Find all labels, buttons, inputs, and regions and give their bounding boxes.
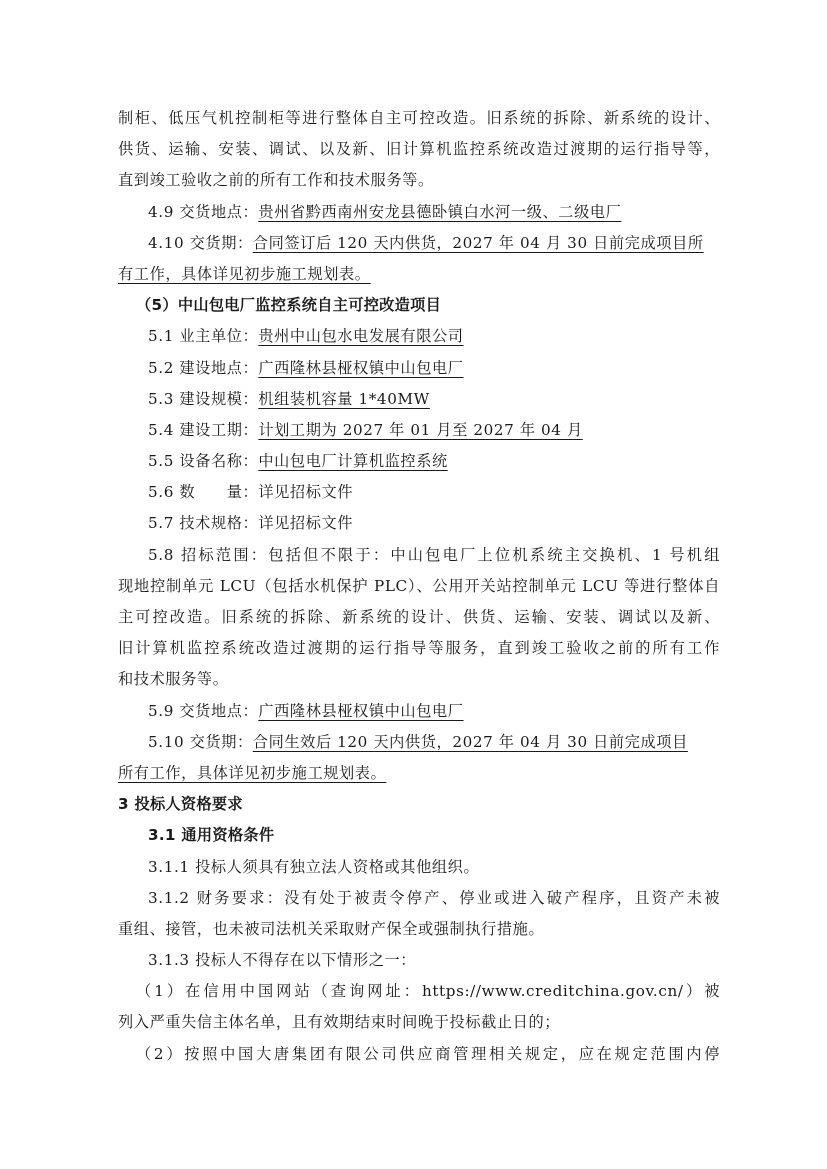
paragraph-line: 主可控改造。旧系统的拆除、新系统的设计、供货、运输、安装、调试以及新、 [118,602,720,633]
clause-5-2: 5.2 建设地点：广西隆林县桠权镇中山包电厂 [118,353,720,384]
clause-value: 计划工期为 2027 年 01 月至 2027 年 04 月 [258,421,582,439]
clause-5-4: 5.4 建设工期：计划工期为 2027 年 01 月至 2027 年 04 月 [118,415,720,446]
document-page: 制柜、低压气机控制柜等进行整体自主可控改造。旧系统的拆除、新系统的设计、 供货、… [118,103,720,1070]
clause-label: 4.9 交货地点： [148,203,258,221]
clause-label: 5.3 建设规模： [148,390,258,408]
clause-5-1: 5.1 业主单位：贵州中山包水电发展有限公司 [118,321,720,352]
clause-label: 5.2 建设地点： [148,359,258,377]
clause-label: 5.7 技术规格： [148,514,258,532]
paragraph-line: 供货、运输、安装、调试、以及新、旧计算机监控系统改造过渡期的运行指导等， [118,134,720,165]
clause-5-8: 5.8 招标范围：包括但不限于：中山包电厂上位机系统主交换机、1 号机组 [118,540,720,571]
paragraph-line: 列入严重失信主体名单，且有效期结束时间晚于投标截止日的； [118,1007,720,1038]
clause-value: 所有工作，具体详见初步施工规划表。 [118,764,386,782]
clause-value: 机组装机容量 1*40MW [258,390,430,408]
clause-label: 5.9 交货地点： [148,702,258,720]
clause-3-1-1: 3.1.1 投标人须具有独立法人资格或其他组织。 [118,852,720,883]
clause-4-10-cont: 有工作，具体详见初步施工规划表。 [118,259,720,290]
paragraph-line: 和技术服务等。 [118,664,720,695]
clause-label: 4.10 交货期： [148,234,253,252]
clause-5-7: 5.7 技术规格：详见招标文件 [118,508,720,539]
section-heading-5: （5）中山包电厂监控系统自主可控改造项目 [118,290,720,321]
list-item-1: （1）在信用中国网站（查询网址：https://www.creditchina.… [118,976,720,1007]
clause-label: 5.1 业主单位： [148,327,258,345]
list-item-2: （2）按照中国大唐集团有限公司供应商管理相关规定，应在规定范围内停 [118,1039,720,1070]
clause-5-10-cont: 所有工作，具体详见初步施工规划表。 [118,758,720,789]
section-heading-3: 3 投标人资格要求 [118,789,720,820]
paragraph-line: 重组、接管，也未被司法机关采取财产保全或强制执行措施。 [118,914,720,945]
clause-3-1-2: 3.1.2 财务要求：没有处于被责令停产、停业或进入破产程序，且资产未被 [118,883,720,914]
clause-value: 中山包电厂计算机监控系统 [258,452,447,470]
clause-5-9: 5.9 交货地点：广西隆林县桠权镇中山包电厂 [118,696,720,727]
paragraph-line: 直到竣工验收之前的所有工作和技术服务等。 [118,165,720,196]
section-heading-3-1: 3.1 通用资格条件 [118,820,720,851]
paragraph-line: 现地控制单元 LCU（包括水机保护 PLC）、公用开关站控制单元 LCU 等进行… [118,571,720,602]
clause-5-10: 5.10 交货期：合同生效后 120 天内供货，2027 年 04 月 30 日… [118,727,720,758]
clause-3-1-3: 3.1.3 投标人不得存在以下情形之一： [118,945,720,976]
clause-value: 贵州省黔西南州安龙县德卧镇白水河一级、二级电厂 [258,203,621,221]
clause-5-5: 5.5 设备名称：中山包电厂计算机监控系统 [118,446,720,477]
clause-value: 详见招标文件 [258,483,353,501]
clause-label: 5.10 交货期： [148,733,253,751]
clause-label: 5.4 建设工期： [148,421,258,439]
paragraph-line: 制柜、低压气机控制柜等进行整体自主可控改造。旧系统的拆除、新系统的设计、 [118,103,720,134]
paragraph-line: 旧计算机监控系统改造过渡期的运行指导等服务，直到竣工验收之前的所有工作 [118,633,720,664]
clause-4-9: 4.9 交货地点：贵州省黔西南州安龙县德卧镇白水河一级、二级电厂 [118,197,720,228]
clause-value: 合同生效后 120 天内供货，2027 年 04 月 30 日前完成项目 [253,733,688,751]
clause-value: 详见招标文件 [258,514,353,532]
clause-5-6: 5.6 数 量：详见招标文件 [118,477,720,508]
clause-value: 贵州中山包水电发展有限公司 [258,327,463,345]
clause-label: 5.5 设备名称： [148,452,258,470]
clause-4-10: 4.10 交货期：合同签订后 120 天内供货，2027 年 04 月 30 日… [118,228,720,259]
clause-value: 有工作，具体详见初步施工规划表。 [118,265,371,283]
clause-5-3: 5.3 建设规模：机组装机容量 1*40MW [118,384,720,415]
clause-value: 广西隆林县桠权镇中山包电厂 [258,702,463,720]
clause-value: 广西隆林县桠权镇中山包电厂 [258,359,463,377]
clause-label: 5.6 数 量： [148,483,258,501]
clause-value: 合同签订后 120 天内供货，2027 年 04 月 30 日前完成项目所 [253,234,704,252]
